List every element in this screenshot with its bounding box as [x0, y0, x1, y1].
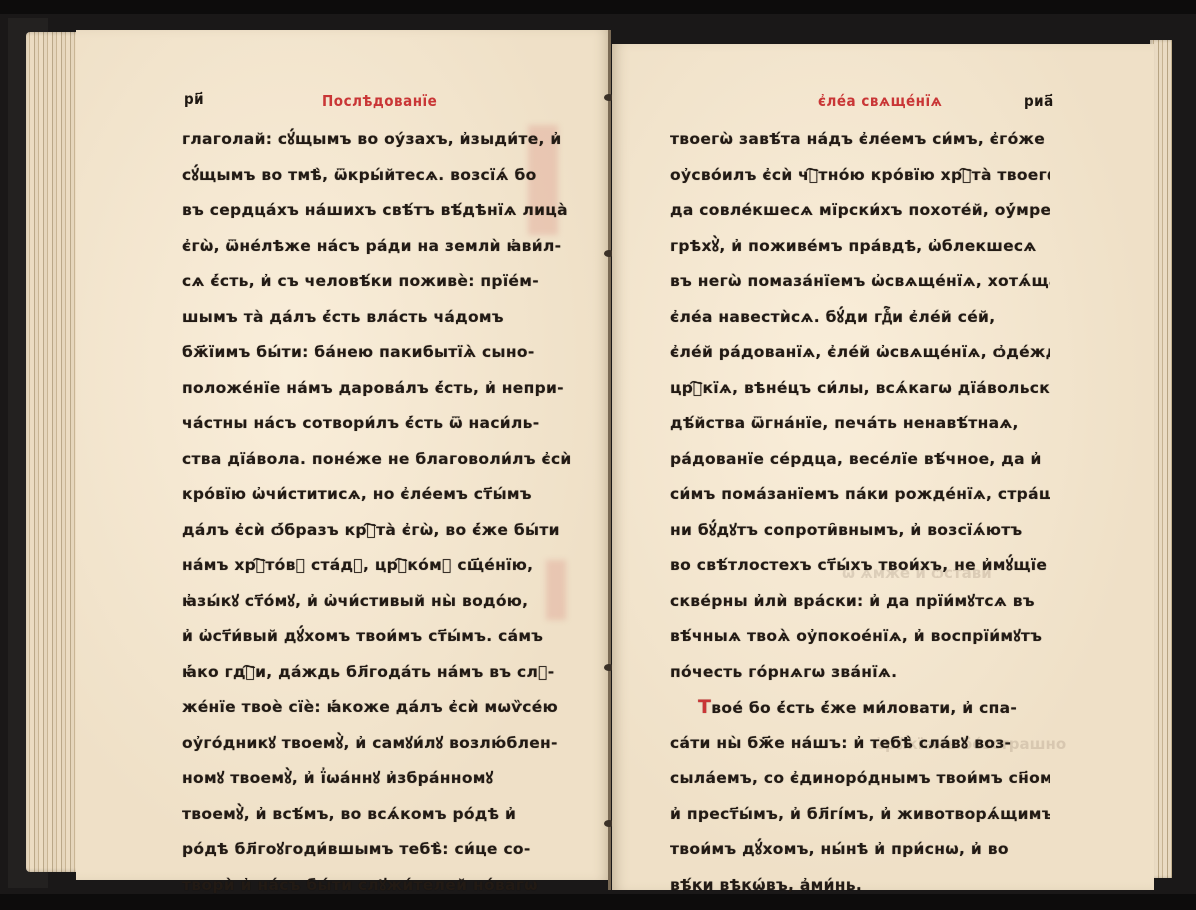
text-line: црⷭ҇кїѧ, вѣне́цъ си́лы, всѧ́кагѡ дїа́вол…	[670, 371, 1050, 407]
text-line: ро́дѣ бл҃гоꙋгоди́вшымъ тебѣ̀: си́це со-	[182, 832, 572, 868]
text-line: Твое́ бо є҆́сть є҆́же ми́ловати, и҆ спа-	[670, 690, 1050, 726]
text-line: положе́нїе на́мъ дарова́лъ є҆́сть, и҆ не…	[182, 371, 572, 407]
text-line: шымъ та̀ да́лъ є҆́сть вла́сть ча́домъ	[182, 300, 572, 336]
page-edges-left	[26, 32, 82, 872]
text-line: кро́вїю ѡ҆чи́ститисѧ, но є҆ле́емъ ст҃ы́м…	[182, 477, 572, 513]
text-line: сѧ є҆́сть, и҆ съ человѣ́ки поживѐ: прїе́…	[182, 264, 572, 300]
text-line: на́мъ хрⷭ҇то́вꙋ ста́дꙋ, црⷭ҇ко́мꙋ сщ҃е́н…	[182, 548, 572, 584]
right-page-text: твоегѡ̀ завѣ́та на́дъ є҆ле́емъ си́мъ, є҆…	[670, 122, 1050, 903]
text-line: творѝ и҆ на́съ бы́ти слꙋжи́телей но́вагѡ	[182, 868, 572, 904]
text-line: въ сердца́хъ на́шихъ свѣ́тъ вѣ́дѣнїѧ лиц…	[182, 193, 572, 229]
text-line: оу҆сво́илъ є҆сѝ чⷭ҇тно́ю кро́вїю хрⷭ҇та̀…	[670, 158, 1050, 194]
text-line: є҆ле́а навестѝсѧ. бꙋ́ди гдⷭ҇и є҆ле́й се́…	[670, 300, 1050, 336]
text-line: сꙋ́щымъ во тмѣ̀, ѿкры́йтесѧ. возсїѧ́ бо	[182, 158, 572, 194]
text-line: вѣ́ки вѣкѡ́въ, а҆ми́нь.	[670, 868, 1050, 904]
text-line: вѣ́чныѧ твоѧ̀ оу҆покое́нїѧ, и҆ воспрїи́м…	[670, 619, 1050, 655]
text-line: и҆ ѡ҆ст҃и́вый дꙋ́хомъ твои́мъ ст҃ы́мъ. с…	[182, 619, 572, 655]
text-line: да́лъ є҆сѝ ѻ҆́бразъ крⷭ҇та̀ є҆гѡ̀, во є҆…	[182, 513, 572, 549]
page-number-left: ри҃	[184, 90, 204, 108]
right-page: ѡ҆ ѧ́мже и҆ ѻ҆ста́вѝ ѡ҆рꙋжїемъ бе́зстраш…	[612, 44, 1154, 890]
text-line: же́нїе твоѐ сїѐ: ꙗ҆́коже да́лъ є҆сѝ мѡѷс…	[182, 690, 572, 726]
text-line: ни бꙋ́дꙋтъ сопроти̑внымъ, и҆ возсїѧ́ютъ	[670, 513, 1050, 549]
text-line: оу҆го́дникꙋ твоемꙋ̀, и҆ самꙋи́лꙋ возлю́б…	[182, 726, 572, 762]
running-title-right: є҆ле́а свѧще́нїѧ	[818, 92, 942, 110]
text-line: да совле́кшесѧ мїрски́хъ похоте́й, оу҆́м…	[670, 193, 1050, 229]
text-line: са́ти ны̀ бж҃е на́шъ: и҆ тебѣ̀ сла́вꙋ во…	[670, 726, 1050, 762]
drop-initial: Т	[698, 696, 711, 718]
text-line: глаголай: сꙋ́щымъ во оу́захъ, и҆зыди́те,…	[182, 122, 572, 158]
text-line: по́честь го́рнѧгѡ зва́нїѧ.	[670, 655, 1050, 691]
text-line-content: вое́ бо є҆́сть є҆́же ми́ловати, и҆ спа-	[711, 699, 1017, 717]
left-page: ри҃ Послѣдованїе глаголай: сꙋ́щымъ во оу…	[76, 30, 610, 880]
book-gutter	[608, 30, 611, 890]
text-line: ꙗ҆зы́кꙋ ст҃о́мꙋ, и҆ ѡ҆чи́стивый ны̀ водо…	[182, 584, 572, 620]
text-line: ꙗ҆́ко гдⷭ҇и, да́ждь бл҃года́ть на́мъ въ …	[182, 655, 572, 691]
text-line: бж҃їимъ бы́ти: ба́нею пакибытїѧ̀ сыно-	[182, 335, 572, 371]
text-line: дѣ́йства ѿгна́нїе, печа́ть ненавѣ́тнаѧ,	[670, 406, 1050, 442]
text-line: ра́дованїе се́рдца, весе́лїе вѣ́чное, да…	[670, 442, 1050, 478]
text-line: твоегѡ̀ завѣ́та на́дъ є҆ле́емъ си́мъ, є҆…	[670, 122, 1050, 158]
text-line: ча́стны на́съ сотвори́лъ є҆́сть ѿ наси́л…	[182, 406, 572, 442]
text-line: си́мъ пома́занїемъ па́ки рожде́нїѧ, стра…	[670, 477, 1050, 513]
text-line: є҆ле́й ра́дованїѧ, є҆ле́й ѡ҆свѧще́нїѧ, ѻ…	[670, 335, 1050, 371]
left-page-text: глаголай: сꙋ́щымъ во оу́захъ, и҆зыди́те,…	[182, 122, 572, 903]
text-line: сыла́емъ, со є҆диноро́днымъ твои́мъ сн҃о…	[670, 761, 1050, 797]
text-line: твои́мъ дꙋ́хомъ, ны́нѣ и҆ при́снѡ, и҆ во	[670, 832, 1050, 868]
text-line: є҆гѡ̀, ѿне́лѣже на́съ ра́ди на землѝ ꙗ҆в…	[182, 229, 572, 265]
text-line: ства дїа́вола. поне́же не благоволи́лъ є…	[182, 442, 572, 478]
text-line: и҆ прест҃ы́мъ, и҆ бл҃гі́мъ, и҆ животворѧ…	[670, 797, 1050, 833]
text-line: номꙋ твоемꙋ̀, и҆ ї҆ѡа́ннꙋ и҆збра́нномꙋ	[182, 761, 572, 797]
running-title-left: Послѣдованїе	[322, 92, 437, 110]
text-line: скве́рны и҆лѝ вра́ски: и҆ да прїи́мꙋтсѧ …	[670, 584, 1050, 620]
page-number-right: риа҃	[1024, 92, 1054, 110]
text-line: во свѣ́тлостехъ ст҃ы́хъ твои́хъ, не и҆мꙋ…	[670, 548, 1050, 584]
text-line: грѣхꙋ̀, и҆ поживе́мъ пра́вдѣ, ѡ҆блекшесѧ	[670, 229, 1050, 265]
text-line: въ негѡ̀ помаза́нїемъ ѡ҆свѧще́нїѧ, хотѧ́…	[670, 264, 1050, 300]
text-line: твоемꙋ̀, и҆ всѣ́мъ, во всѧ́комъ ро́дѣ и҆	[182, 797, 572, 833]
